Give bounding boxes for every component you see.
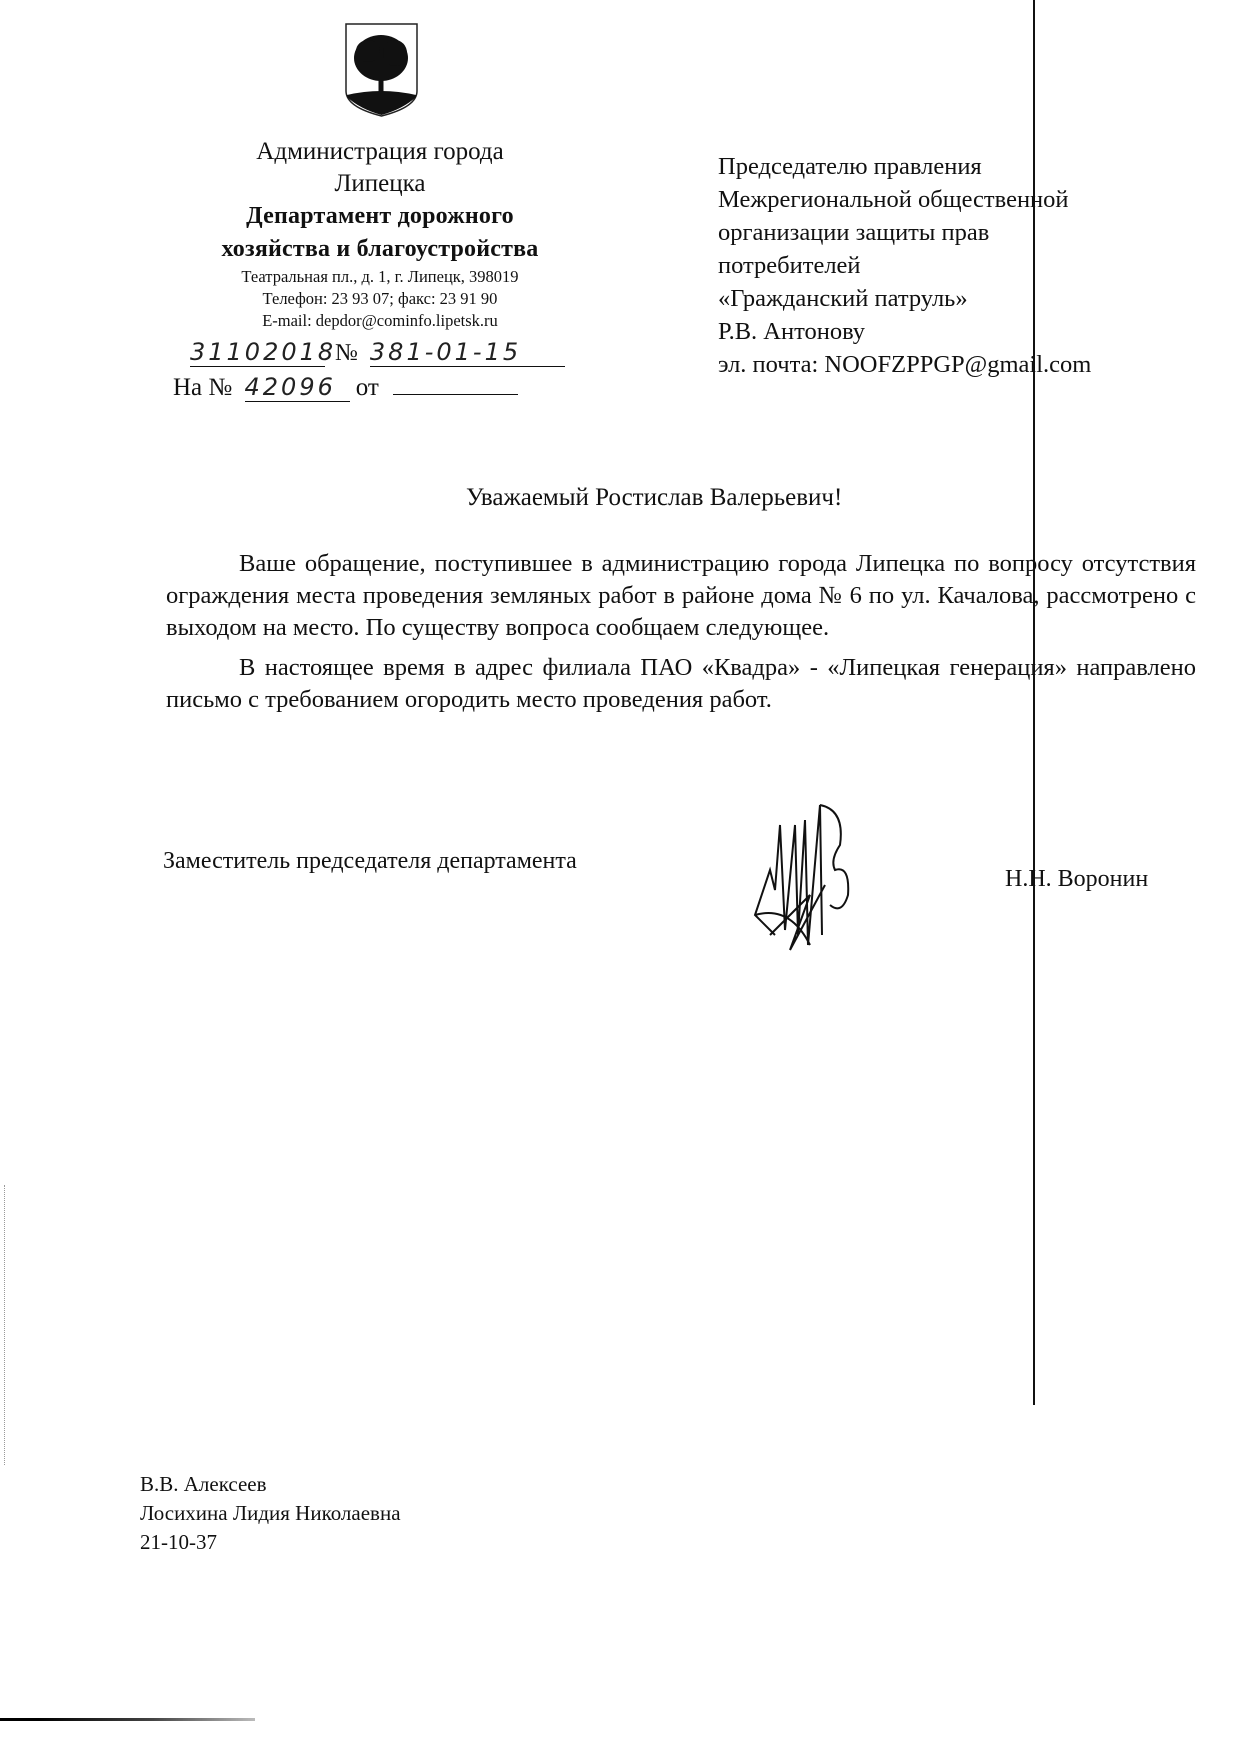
signatory-title: Заместитель председателя департамента: [163, 848, 577, 875]
reply-to-number: 42096: [245, 373, 350, 402]
reply-to-row: На № 42096 от: [173, 372, 518, 402]
dept-name-line1: Департамент дорожного: [160, 200, 600, 233]
signatory-name: Н.Н. Воронин: [1005, 866, 1148, 893]
greeting: Уважаемый Ростислав Валерьевич!: [466, 484, 842, 512]
scan-edge-line: [0, 1718, 255, 1721]
outgoing-number: 381-01-15: [370, 338, 565, 367]
addressee-line: организации защиты прав: [718, 216, 1091, 249]
scan-fold-line: [1033, 0, 1035, 1405]
outgoing-number-row: 31102018 № 381-01-15: [190, 338, 565, 367]
sender-address: Театральная пл., д. 1, г. Липецк, 398019: [160, 266, 600, 288]
from-label: от: [356, 374, 379, 401]
footer-line: В.В. Алексеев: [140, 1470, 401, 1499]
dept-name-line2: хозяйства и благоустройства: [160, 233, 600, 266]
from-date-blank: [393, 372, 518, 395]
sender-block: Администрация города Липецка Департамент…: [160, 136, 600, 332]
executor-block: В.В. Алексеев Лосихина Лидия Николаевна …: [140, 1470, 401, 1557]
addressee-line: потребителей: [718, 249, 1091, 282]
addressee-line: «Гражданский патруль»: [718, 282, 1091, 315]
addressee-name: Р.В. Антонову: [718, 315, 1091, 348]
addressee-block: Председателю правления Межрегиональной о…: [718, 150, 1091, 381]
org-name-line1: Администрация города: [160, 136, 600, 168]
outgoing-date: 31102018: [190, 338, 325, 367]
coat-of-arms-icon: [343, 21, 420, 119]
addressee-line: Председателю правления: [718, 150, 1091, 183]
addressee-line: Межрегиональной общественной: [718, 183, 1091, 216]
sender-phone-fax: Телефон: 23 93 07; факс: 23 91 90: [160, 288, 600, 310]
scan-edge-dots: [4, 1185, 7, 1465]
letter-body: Ваше обращение, поступившее в администра…: [166, 548, 1196, 716]
org-name-line2: Липецка: [160, 168, 600, 200]
reply-to-label: На №: [173, 374, 232, 401]
sender-email: E-mail: depdor@cominfo.lipetsk.ru: [160, 310, 600, 332]
executor-phone: 21-10-37: [140, 1528, 401, 1557]
handwritten-signature-icon: [750, 785, 880, 960]
addressee-email: эл. почта: NOOFZPPGP@gmail.com: [718, 348, 1091, 381]
body-paragraph: Ваше обращение, поступившее в администра…: [166, 548, 1196, 644]
number-label: №: [335, 340, 358, 366]
executor-name: Лосихина Лидия Николаевна: [140, 1499, 401, 1528]
body-paragraph: В настоящее время в адрес филиала ПАО «К…: [166, 652, 1196, 716]
